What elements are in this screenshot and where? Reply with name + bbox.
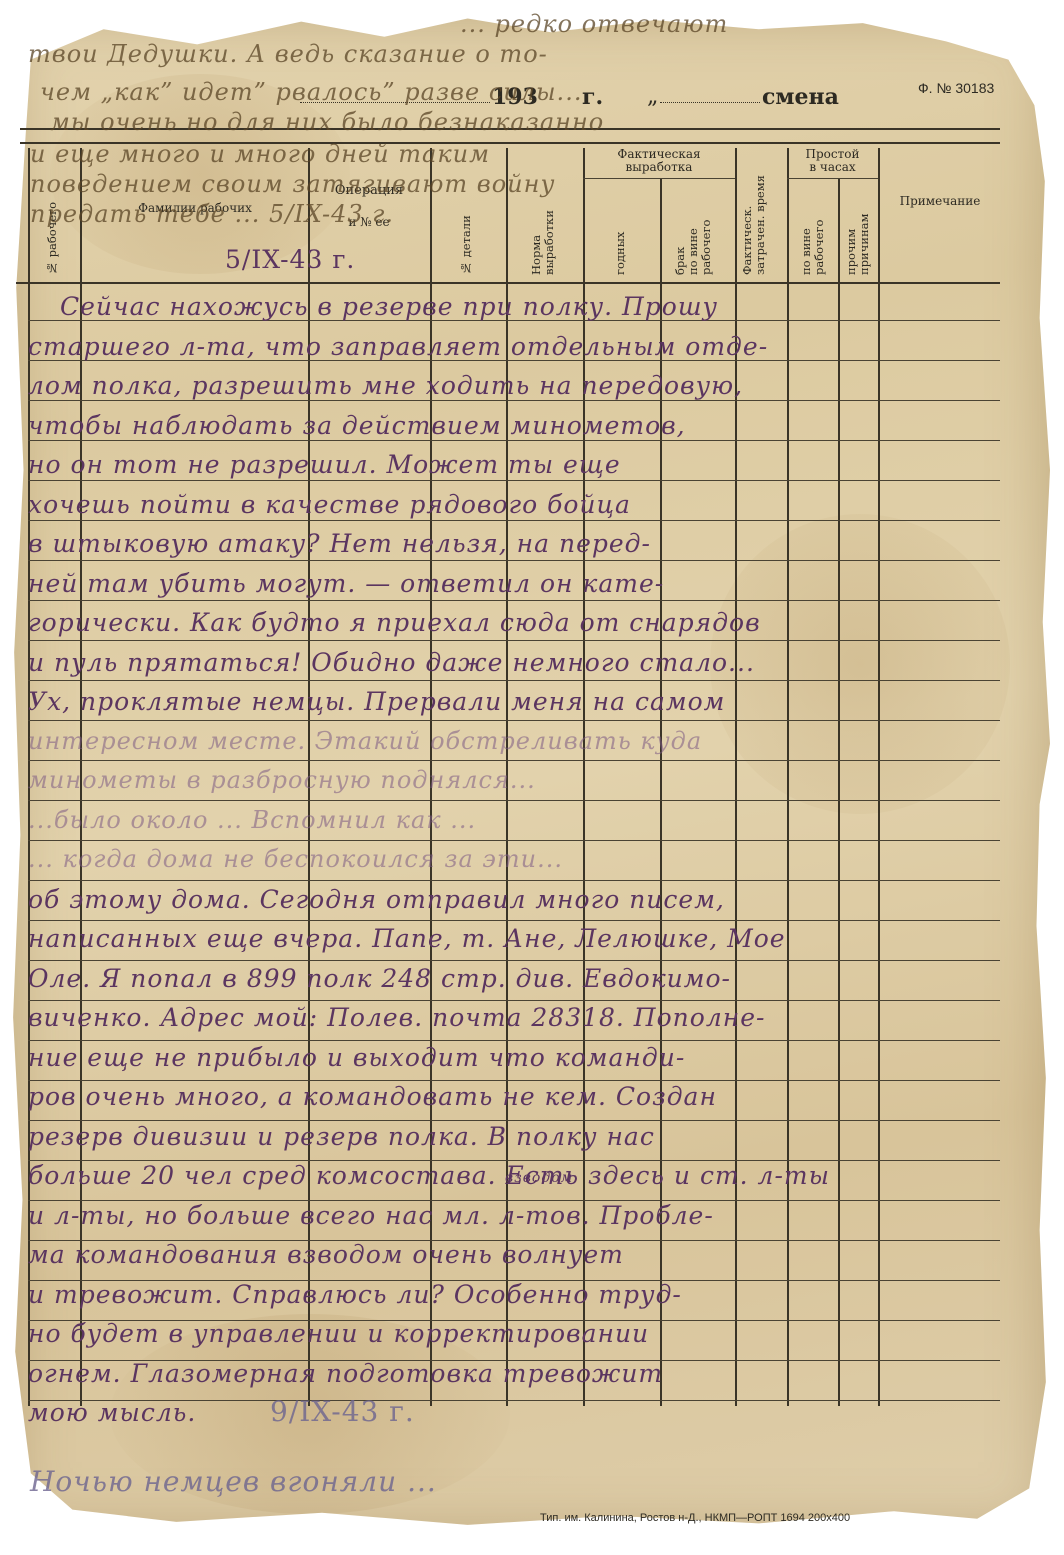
row-rule — [28, 600, 1000, 601]
row-rule — [28, 640, 1000, 641]
handwriting-body-line: ма командования взводом очень волнует — [28, 1240, 624, 1269]
handwriting-body-line: ... когда дома не беспокоился за эти... — [28, 845, 563, 873]
handwriting-date-top: 5/IX-43 г. — [225, 245, 355, 274]
handwriting-insert: взводом — [505, 1170, 573, 1186]
handwriting-date-bottom: 9/IX-43 г. — [270, 1395, 415, 1428]
handwriting-top-line: мы очень но для них было безнаказанно — [50, 108, 604, 136]
handwriting-body-line: минометы в разбросную поднялся... — [28, 766, 536, 794]
row-rule — [28, 960, 1000, 961]
handwriting-body-line: ней там убить могут. — ответил он кате- — [28, 569, 664, 598]
handwriting-body-line: виченко. Адрес мой: Полев. почта 28318. … — [28, 1003, 765, 1032]
header-norm: Норма выработки — [530, 185, 556, 275]
header-good: годных — [614, 210, 627, 275]
header-part-no: № детали — [460, 195, 473, 275]
handwriting-body-line: но будет в управлении и корректировании — [28, 1319, 649, 1348]
handwriting-top-line: ... редко отвечают — [460, 10, 728, 38]
handwriting-body-line: написанных еще вчера. Папе, т. Ане, Лелю… — [28, 924, 786, 953]
row-rule — [28, 400, 1000, 401]
handwriting-body-line: интересном месте. Этакий обстреливать ку… — [28, 727, 702, 755]
row-rule — [28, 480, 1000, 481]
handwriting-body-line: горически. Как будто я приехал сюда от с… — [28, 608, 761, 637]
header-group-actual-output: Фактическая выработка — [583, 148, 735, 174]
row-rule — [28, 720, 1000, 721]
row-rule — [28, 680, 1000, 681]
group-subrule — [583, 178, 735, 179]
handwriting-bottom-line: Ночью немцев вгоняли ... — [30, 1465, 437, 1498]
handwriting-body-line: огнем. Глазомерная подготовка тревожит — [28, 1359, 663, 1388]
handwriting-body-line: мою мысль. — [28, 1398, 196, 1427]
header-down-other: прочим причинам — [845, 195, 871, 275]
header-down-worker: по вине рабочего — [800, 195, 826, 275]
year-suffix: г. — [582, 84, 603, 110]
handwriting-body-line: Оле. Я попал в 899 полк 248 стр. див. Ев… — [28, 964, 731, 993]
handwriting-body-line: Сейчас нахожусь в резерве при полку. Про… — [60, 292, 718, 321]
shift-dotted-line — [660, 102, 760, 103]
row-rule — [28, 840, 1000, 841]
handwriting-body-line: больше 20 чел сред комсостава. Есть здес… — [28, 1161, 830, 1190]
row-rule — [28, 1080, 1000, 1081]
col-divider — [838, 178, 840, 1406]
header-defect: брак по вине рабочего — [674, 200, 713, 275]
col-divider — [787, 148, 789, 1406]
print-imprint: Тип. им. Калинина, Ростов н-Д., НКМП—РОП… — [540, 1512, 850, 1524]
handwriting-body-line: ние еще не прибыло и выходит что команди… — [28, 1043, 685, 1072]
row-rule — [28, 520, 1000, 521]
handwriting-top-line: и еще много и много дней таким — [30, 140, 490, 168]
handwriting-top-line: твои Дедушки. А ведь сказание о то- — [28, 40, 548, 68]
row-rule — [28, 800, 1000, 801]
handwriting-body-line: и тревожит. Справлюсь ли? Особенно труд- — [28, 1280, 682, 1309]
handwriting-body-line: ров очень много, а командовать не кем. С… — [28, 1082, 717, 1111]
row-rule — [28, 1040, 1000, 1041]
shift-label: смена — [762, 84, 839, 110]
handwriting-body-line: ...было около ... Вспомнил как ... — [28, 806, 476, 834]
header-bottom-rule — [16, 282, 1000, 284]
handwriting-body-line: лом полка, разрешить мне ходить на перед… — [28, 371, 743, 400]
handwriting-body-line: резерв дивизии и резерв полка. В полку н… — [28, 1122, 655, 1151]
handwriting-top-line: предать тебе ... 5/IX-43 г. — [30, 200, 394, 228]
handwriting-top-line: поведением своим затягивают войну — [30, 170, 555, 198]
row-rule — [28, 880, 1000, 881]
handwriting-body-line: чтобы наблюдать за действием минометов, — [28, 411, 686, 440]
handwriting-body-line: старшего л-та, что заправляет отдельным … — [28, 332, 768, 361]
group-subrule — [787, 178, 878, 179]
open-quote: „ — [647, 84, 658, 109]
row-rule — [28, 560, 1000, 561]
handwriting-body-line: и пуль прятаться! Обидно даже немного ст… — [28, 648, 755, 677]
handwriting-body-line: хочешь пойти в качестве рядового бойца — [28, 490, 631, 519]
row-rule — [28, 440, 1000, 441]
row-rule — [28, 920, 1000, 921]
handwriting-body-line: об этому дома. Сегодня отправил много пи… — [28, 885, 725, 914]
handwriting-top-line: чем „как” идет” рвалось” разве силы... — [40, 78, 582, 106]
handwriting-body-line: Ух, проклятые немцы. Прервали меня на са… — [28, 687, 725, 716]
header-remarks: Примечание — [880, 195, 1000, 208]
col-divider — [878, 148, 880, 1406]
header-time-spent: Фактическ. затрачен. время — [741, 150, 767, 275]
row-rule — [28, 1000, 1000, 1001]
handwriting-body-line: в штыковую атаку? Нет нельзя, на перед- — [28, 529, 651, 558]
row-rule — [28, 760, 1000, 761]
handwriting-body-line: но он тот не разрешил. Может ты еще — [28, 450, 621, 479]
handwriting-body-line: и л-ты, но больше всего нас мл. л-тов. П… — [28, 1201, 714, 1230]
form-number: Ф. № 30183 — [918, 80, 994, 96]
header-group-downtime: Простой в часах — [787, 148, 878, 174]
